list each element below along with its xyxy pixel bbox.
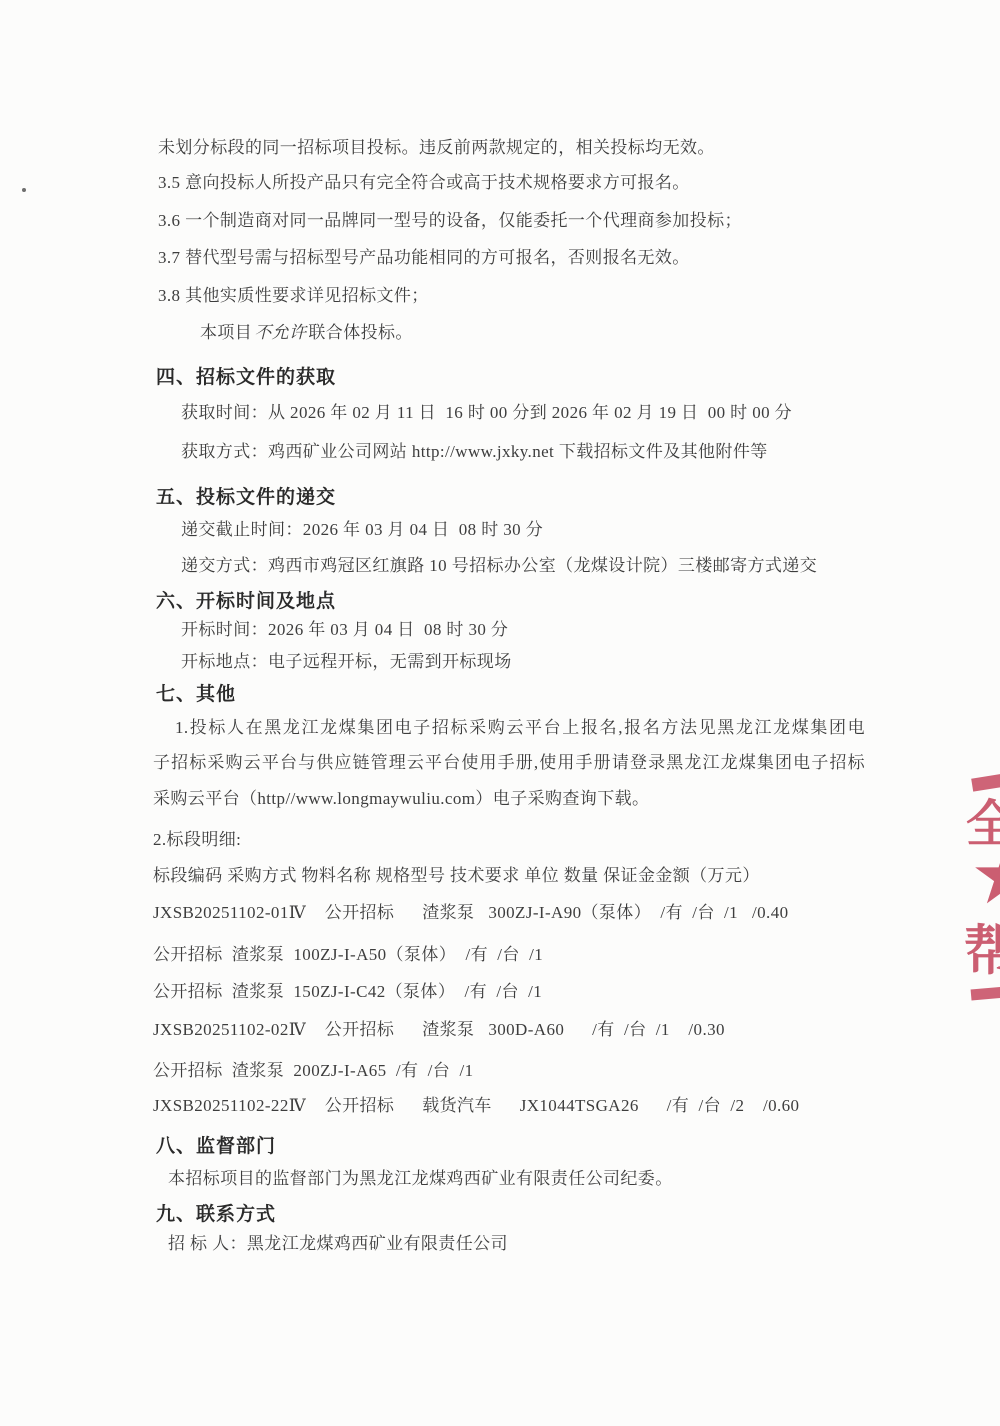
seal-star-icon: ★ <box>970 836 1000 916</box>
tenderer-line: 招 标 人：黑龙江龙煤鸡西矿业有限责任公司 <box>168 1233 508 1255</box>
clause-3-7: 3.7 替代型号需与招标型号产品功能相同的方可报名，否则报名无效。 <box>158 247 690 269</box>
obtain-method-line: 获取方式：鸡西矿业公司网站 http://www.jxky.net 下载招标文件… <box>181 441 768 463</box>
section-heading-8: 八、监督部门 <box>156 1131 276 1158</box>
section-heading-5: 五、投标文件的递交 <box>156 482 336 509</box>
lot-row: 公开招标 渣浆泵 150ZJ-I-C42（泵体） /有 /台 /1 <box>153 981 542 1003</box>
joint-bid-prefix: 本项目 <box>200 323 252 342</box>
registration-paragraph-line-2: 子招标采购云平台与供应链管理云平台使用手册,使用手册请登录黑龙江龙煤集团电子招标 <box>153 752 865 774</box>
scanned-tender-document-page: 未划分标段的同一招标项目投标。违反前两款规定的，相关投标均无效。 3.5 意向投… <box>0 0 1000 1426</box>
submission-deadline-line: 递交截止时间：2026 年 03 月 04 日 08 时 30 分 <box>181 519 543 541</box>
lot-row: JXSB20251102-01Ⅳ 公开招标 渣浆泵 300ZJ-I-A90（泵体… <box>153 902 789 924</box>
section-heading-7: 七、其他 <box>156 679 236 706</box>
seal-character-bang: 帮 <box>964 924 1000 978</box>
section-heading-4: 四、招标文件的获取 <box>156 362 336 389</box>
clause-3-5: 3.5 意向投标人所投产品只有完全符合或高于技术规格要求方可报名。 <box>158 172 690 194</box>
submission-method-line: 递交方式：鸡西市鸡冠区红旗路 10 号招标办公室（龙煤设计院）三楼邮寄方式递交 <box>181 555 817 577</box>
lot-row: JXSB20251102-02Ⅳ 公开招标 渣浆泵 300D-A60 /有 /台… <box>153 1019 725 1041</box>
clause-3-6: 3.6 一个制造商对同一品牌同一型号的设备，仅能委托一个代理商参加投标； <box>158 210 742 232</box>
clause-continuation: 未划分标段的同一招标项目投标。违反前两款规定的，相关投标均无效。 <box>158 137 715 159</box>
joint-bid-suffix: 联合体投标。 <box>308 323 412 342</box>
opening-place-line: 开标地点：电子远程开标，无需到开标现场 <box>181 651 512 673</box>
section-heading-6: 六、开标时间及地点 <box>156 586 336 613</box>
registration-paragraph-line-3: 采购云平台（http//www.longmaywuliu.com）电子采购查询下… <box>153 788 649 810</box>
seal-bottom-bar <box>971 986 1000 1000</box>
clause-3-8: 3.8 其他实质性要求详见招标文件； <box>158 285 429 307</box>
opening-time-line: 开标时间：2026 年 03 月 04 日 08 时 30 分 <box>181 619 508 641</box>
supervision-body-line: 本招标项目的监督部门为黑龙江龙煤鸡西矿业有限责任公司纪委。 <box>168 1168 673 1190</box>
joint-bid-emphasis: 不允许 <box>252 323 308 342</box>
registration-paragraph-line-1: 1.投标人在黑龙江龙煤集团电子招标采购云平台上报名,报名方法见黑龙江龙煤集团电 <box>153 717 865 739</box>
scan-speck <box>22 188 26 192</box>
lot-row: 公开招标 渣浆泵 200ZJ-I-A65 /有 /台 /1 <box>153 1060 474 1082</box>
joint-bid-note: 本项目不允许联合体投标。 <box>200 322 413 344</box>
lots-table-header: 标段编码 采购方式 物料名称 规格型号 技术要求 单位 数量 保证金金额（万元） <box>153 865 760 887</box>
seal-top-bar <box>971 773 1000 791</box>
lot-row: JXSB20251102-22Ⅳ 公开招标 载货汽车 JX1044TSGA26 … <box>153 1095 799 1117</box>
obtain-time-line: 获取时间：从 2026 年 02 月 11 日 16 时 00 分到 2026 … <box>181 402 792 424</box>
lot-row: 公开招标 渣浆泵 100ZJ-I-A50（泵体） /有 /台 /1 <box>153 944 543 966</box>
seal-character-quan: 全 <box>966 799 1000 849</box>
section-heading-9: 九、联系方式 <box>156 1199 276 1226</box>
lots-heading: 2.标段明细: <box>153 829 241 851</box>
